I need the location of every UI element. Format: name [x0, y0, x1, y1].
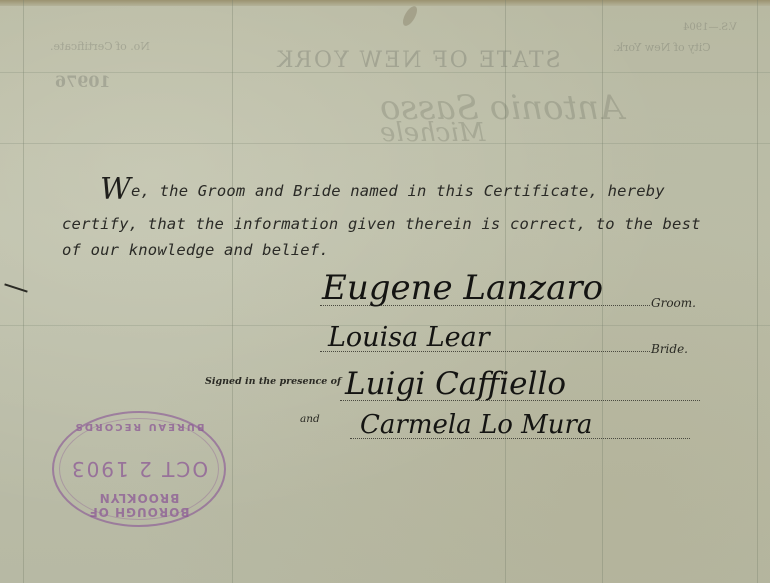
bureau-records-stamp: BOROUGH OF BROOKLYN OCT 2 1903 BUREAU RE… — [52, 411, 226, 527]
bleed-script-2: Michele — [380, 118, 485, 148]
bleed-form-no: V.S.—1904 — [683, 22, 737, 33]
groom-label: Groom. — [651, 296, 696, 310]
stamp-date: OCT 2 1903 — [54, 457, 224, 481]
bride-label: Bride. — [651, 342, 688, 356]
bleed-header: STATE OF NEW YORK — [275, 48, 561, 73]
witness1-signature: Luigi Caffiello — [345, 366, 566, 402]
decorative-initial: W — [100, 172, 131, 207]
ledger-rule — [232, 0, 233, 583]
bride-signature: Louisa Lear — [328, 322, 490, 353]
affidavit-line-2: certify, that the information given ther… — [62, 215, 701, 233]
bleed-city: City of New York. — [613, 41, 711, 54]
paper-top-edge — [0, 0, 770, 6]
certificate-page: STATE OF NEW YORK City of New York. V.S.… — [0, 0, 770, 583]
affidavit-line-1: We, the Groom and Bride named in this Ce… — [100, 172, 665, 207]
ledger-rule — [757, 0, 758, 583]
stamp-bureau: BUREAU RECORDS — [54, 421, 224, 432]
groom-signature: Eugene Lanzaro — [322, 268, 603, 308]
affidavit-line-3: of our knowledge and belief. — [62, 241, 329, 259]
witness2-signature: Carmela Lo Mura — [360, 410, 592, 440]
pen-mark — [4, 283, 27, 292]
ink-smudge — [400, 4, 420, 28]
bleed-cert-label: No. of Certificate. — [50, 40, 150, 53]
stamp-borough: BOROUGH OF BROOKLYN — [54, 491, 224, 519]
bleed-cert-no: 10976 — [55, 72, 111, 91]
witness-prefix: Signed in the presence of — [205, 376, 341, 387]
and-label: and — [300, 413, 320, 425]
